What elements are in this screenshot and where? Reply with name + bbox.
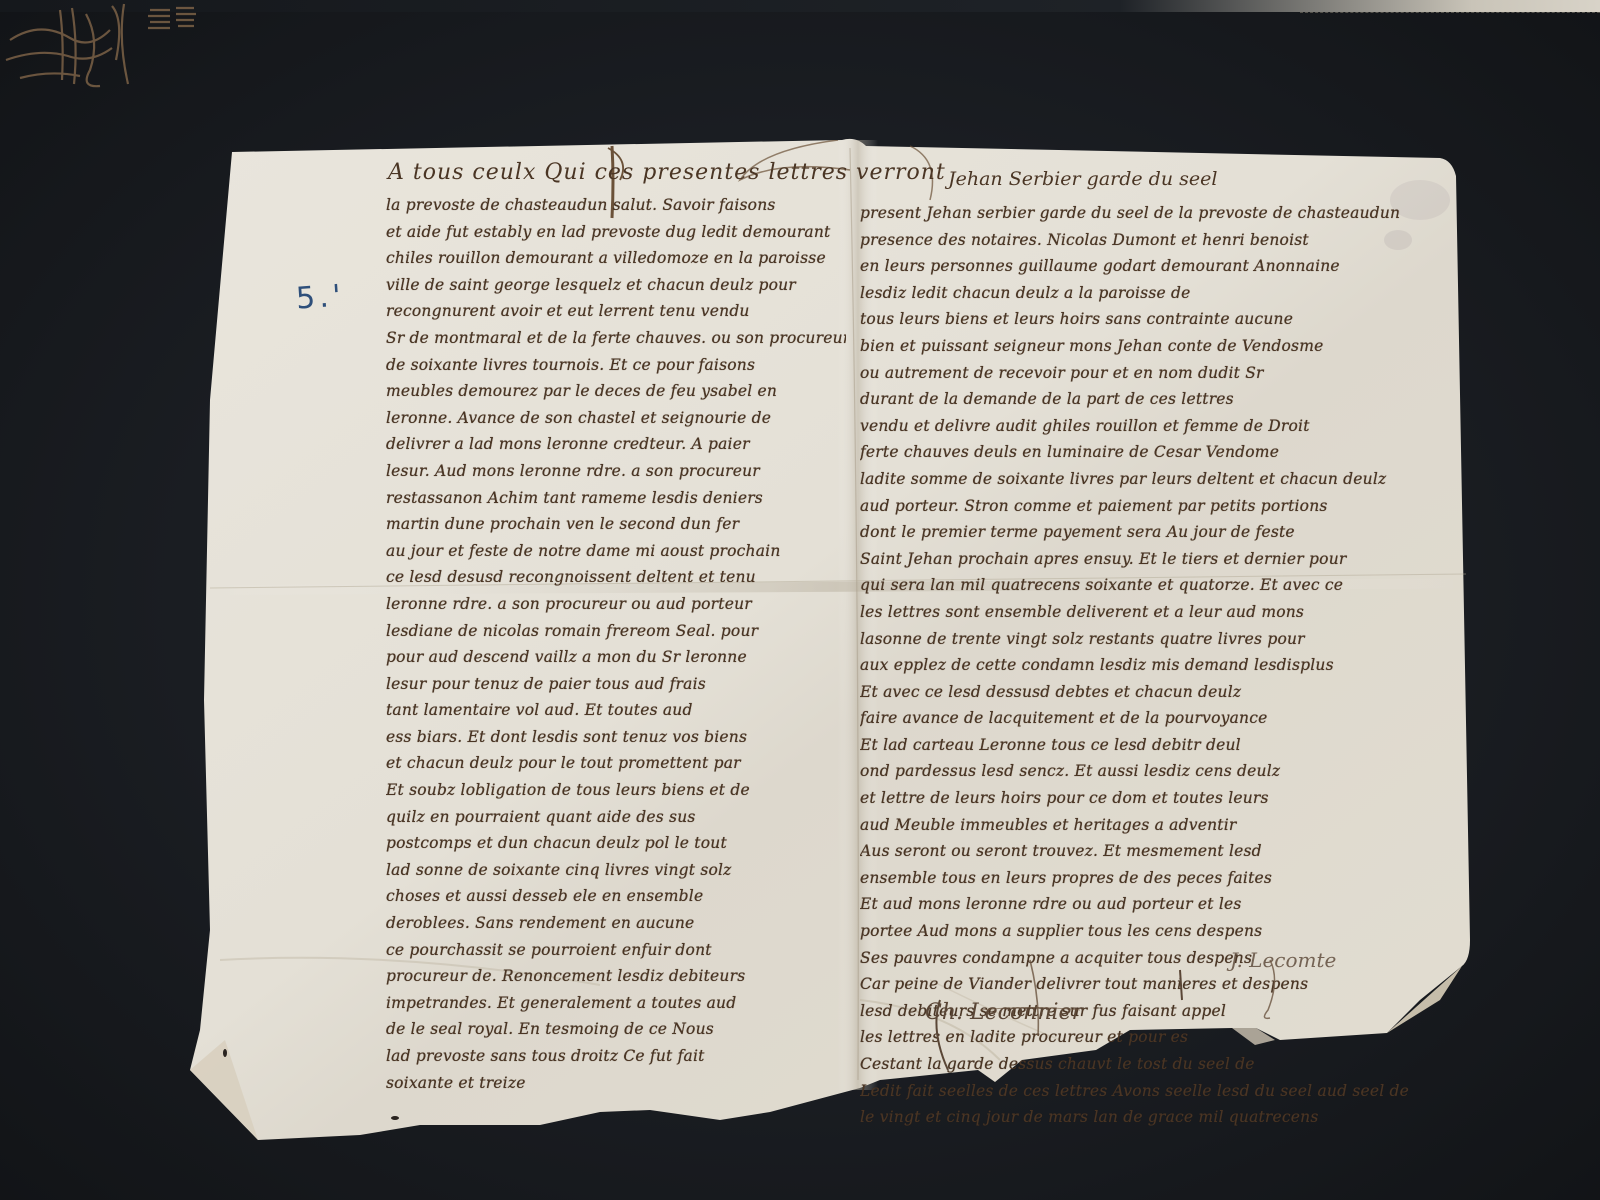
text-line: meubles demourez par le deces de feu ysa… xyxy=(386,378,846,405)
document-incipit-continued: Jehan Serbier garde du seel xyxy=(948,168,1217,190)
text-line: ess biars. Et dont lesdis sont tenuz vos… xyxy=(386,724,846,751)
calligraphic-ornament xyxy=(0,0,230,90)
document-incipit: A tous ceulx Qui ces presentes lettres v… xyxy=(388,160,946,185)
text-line: tous leurs biens et leurs hoirs sans con… xyxy=(860,306,1445,333)
text-line: ville de saint george lesquelz et chacun… xyxy=(386,272,846,299)
text-line: ensemble tous en leurs propres de des pe… xyxy=(860,865,1445,892)
text-line: aud Meuble immeubles et heritages a adve… xyxy=(860,812,1445,839)
text-line: et lettre de leurs hoirs pour ce dom et … xyxy=(860,785,1445,812)
text-line: recongnurent avoir et eut lerrent tenu v… xyxy=(386,298,846,325)
text-line: de le seal royal. En tesmoing de ce Nous xyxy=(386,1016,846,1043)
text-line: aux epplez de cette condamn lesdiz mis d… xyxy=(860,652,1445,679)
text-column-left: la prevoste de chasteaudun salut. Savoir… xyxy=(386,192,846,1096)
text-line: martin dune prochain ven le second dun f… xyxy=(386,511,846,538)
text-line: delivrer a lad mons leronne credteur. A … xyxy=(386,431,846,458)
text-line: Ledit fait seelles de ces lettres Avons … xyxy=(860,1078,1445,1105)
text-line: ond pardessus lesd sencz. Et aussi lesdi… xyxy=(860,758,1445,785)
text-line: Sr de montmaral et de la ferte chauves. … xyxy=(386,325,846,352)
text-line: bien et puissant seigneur mons Jehan con… xyxy=(860,333,1445,360)
text-line: impetrandes. Et generalement a toutes au… xyxy=(386,990,846,1017)
text-line: lesdiane de nicolas romain frereom Seal.… xyxy=(386,618,846,645)
text-line: la prevoste de chasteaudun salut. Savoir… xyxy=(386,192,846,219)
text-line: qui sera lan mil quatrecens soixante et … xyxy=(860,572,1445,599)
text-line: Et aud mons leronne rdre ou aud porteur … xyxy=(860,891,1445,918)
folio-number: 5.' xyxy=(295,278,346,316)
text-line: Aus seront ou seront trouvez. Et mesmeme… xyxy=(860,838,1445,865)
text-line: tant lamentaire vol aud. Et toutes aud xyxy=(386,697,846,724)
text-line: en leurs personnes guillaume godart demo… xyxy=(860,253,1445,280)
text-line: quilz en pourraient quant aide des sus xyxy=(386,804,846,831)
text-line: present Jehan serbier garde du seel de l… xyxy=(860,200,1445,227)
text-line: ferte chauves deuls en luminaire de Cesa… xyxy=(860,439,1445,466)
text-line: au jour et feste de notre dame mi aoust … xyxy=(386,538,846,565)
text-line: faire avance de lacquitement et de la po… xyxy=(860,705,1445,732)
text-line: soixante et treize xyxy=(386,1070,846,1097)
text-line: Et avec ce lesd dessusd debtes et chacun… xyxy=(860,679,1445,706)
text-line: lad prevoste sans tous droitz Ce fut fai… xyxy=(386,1043,846,1070)
text-line: et aide fut estably en lad prevoste dug … xyxy=(386,219,846,246)
text-line: Et lad carteau Leronne tous ce lesd debi… xyxy=(860,732,1445,759)
text-line: lesur pour tenuz de paier tous aud frais xyxy=(386,671,846,698)
text-line: ladite somme de soixante livres par leur… xyxy=(860,466,1445,493)
text-line: pour aud descend vaillz a mon du Sr lero… xyxy=(386,644,846,671)
text-line: procureur de. Renoncement lesdiz debiteu… xyxy=(386,963,846,990)
text-line: Saint Jehan prochain apres ensuy. Et le … xyxy=(860,546,1445,573)
text-line: Et soubz lobligation de tous leurs biens… xyxy=(386,777,846,804)
signature-flourishes xyxy=(900,940,1460,1080)
text-line: lad sonne de soixante cinq livres vingt … xyxy=(386,857,846,884)
text-line: deroblees. Sans rendement en aucune xyxy=(386,910,846,937)
text-line: lesdiz ledit chacun deulz a la paroisse … xyxy=(860,280,1445,307)
text-line: ou autrement de recevoir pour et en nom … xyxy=(860,360,1445,387)
text-line: de soixante livres tournois. Et ce pour … xyxy=(386,352,846,379)
text-line: leronne. Avance de son chastel et seigno… xyxy=(386,405,846,432)
parchment-sheet: A tous ceulx Qui ces presentes lettres v… xyxy=(0,0,1600,1200)
text-line: lesur. Aud mons leronne rdre. a son proc… xyxy=(386,458,846,485)
text-line: vendu et delivre audit ghiles rouillon e… xyxy=(860,413,1445,440)
text-line: choses et aussi desseb ele en ensemble xyxy=(386,883,846,910)
text-line: lasonne de trente vingt solz restants qu… xyxy=(860,626,1445,653)
text-line: ce lesd desusd recongnoissent deltent et… xyxy=(386,564,846,591)
text-line: durant de la demande de la part de ces l… xyxy=(860,386,1445,413)
text-line: le vingt et cinq jour de mars lan de gra… xyxy=(860,1104,1445,1131)
text-line: aud porteur. Stron comme et paiement par… xyxy=(860,493,1445,520)
text-line: dont le premier terme payement sera Au j… xyxy=(860,519,1445,546)
text-line: et chacun deulz pour le tout promettent … xyxy=(386,750,846,777)
text-line: les lettres sont ensemble deliverent et … xyxy=(860,599,1445,626)
text-line: ce pourchassit se pourroient enfuir dont xyxy=(386,937,846,964)
text-line: chiles rouillon demourant a villedomoze … xyxy=(386,245,846,272)
text-line: presence des notaires. Nicolas Dumont et… xyxy=(860,227,1445,254)
text-line: restassanon Achim tant rameme lesdis den… xyxy=(386,485,846,512)
text-line: postcomps et dun chacun deulz pol le tou… xyxy=(386,830,846,857)
text-line: leronne rdre. a son procureur ou aud por… xyxy=(386,591,846,618)
